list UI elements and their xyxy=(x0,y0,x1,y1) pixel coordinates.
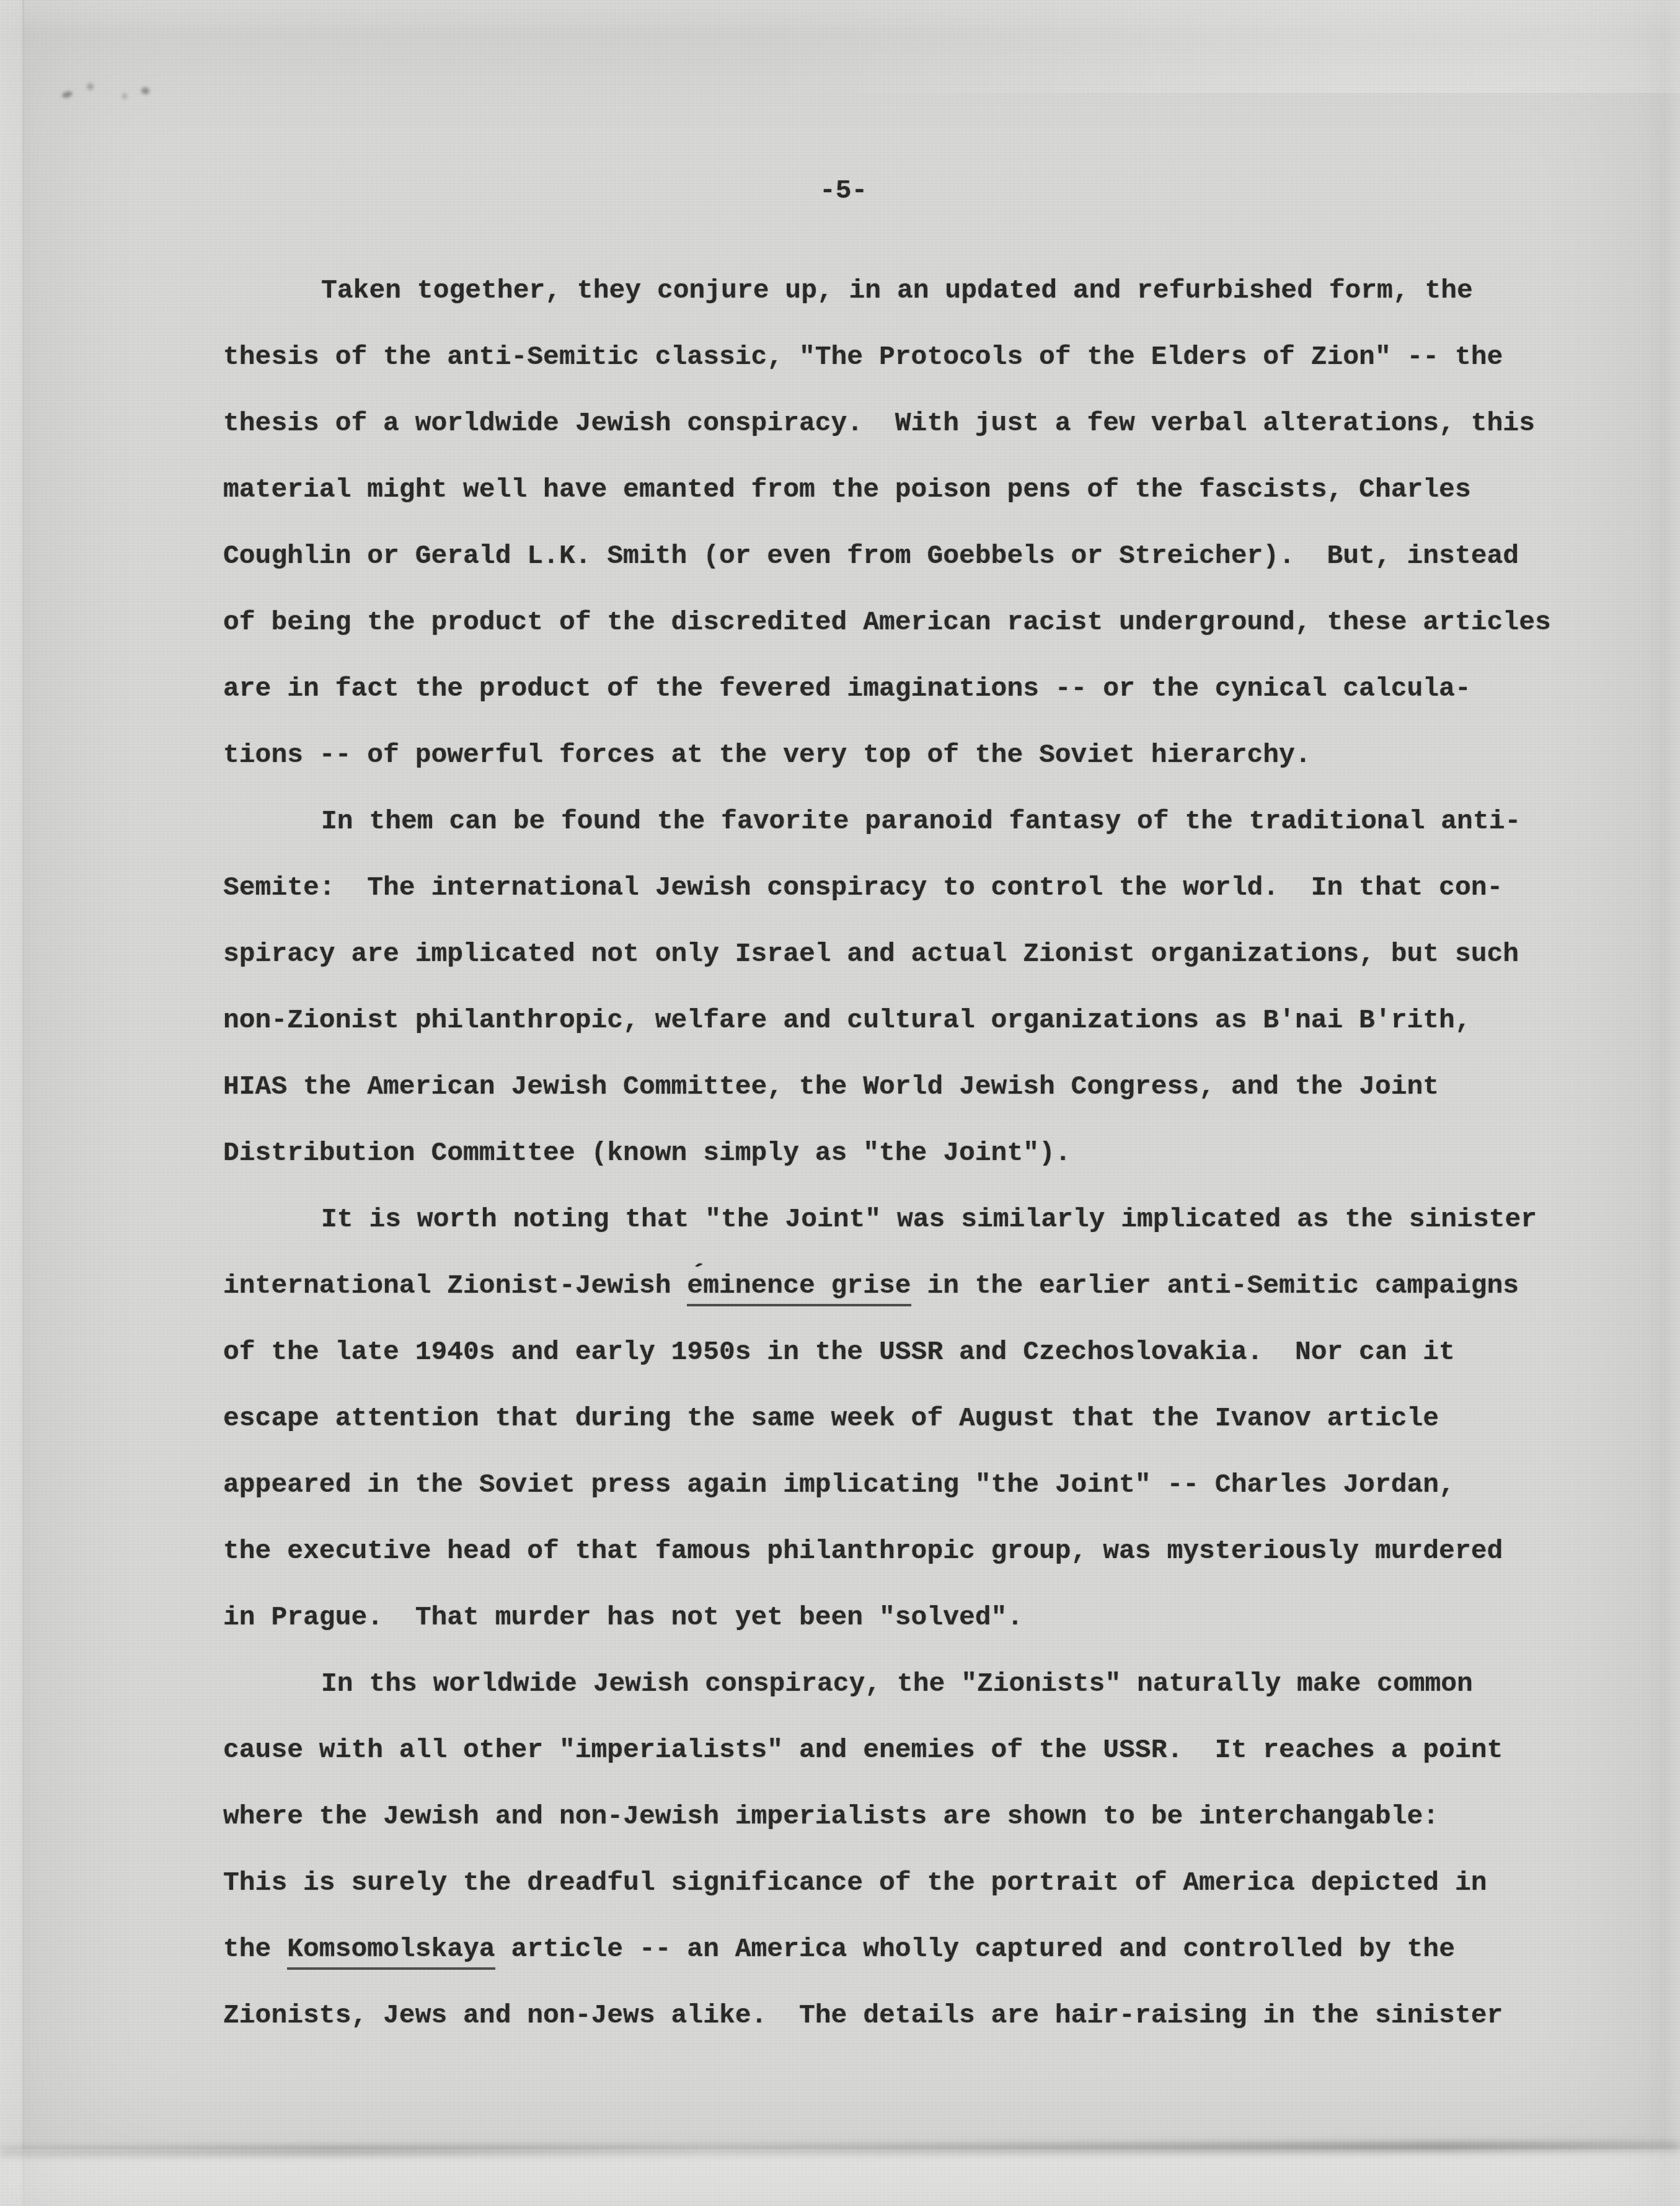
text-segment: article -- an America wholly captured an… xyxy=(495,1934,1455,1964)
text-segment: non-Zionist philanthropic, welfare and c… xyxy=(223,1005,1471,1035)
text-segment: HIAS the American Jewish Committee, the … xyxy=(223,1071,1439,1102)
text-body: Taken together, they conjure up, in an u… xyxy=(223,257,1575,2049)
text-line: the Komsomolskaya article -- an America … xyxy=(223,1916,1575,1982)
text-segment: Taken together, they conjure up, in an u… xyxy=(321,275,1473,306)
text-line: in Prague. That murder has not yet been … xyxy=(223,1584,1575,1650)
text-line: the executive head of that famous philan… xyxy=(223,1518,1575,1584)
text-line: international Zionist-Jewish ´eminence g… xyxy=(223,1252,1575,1319)
text-line: Coughlin or Gerald L.K. Smith (or even f… xyxy=(223,523,1575,589)
text-line: Semite: The international Jewish conspir… xyxy=(223,854,1575,921)
text-line: Zionists, Jews and non-Jews alike. The d… xyxy=(223,1982,1575,2049)
text-line: escape attention that during the same we… xyxy=(223,1385,1575,1451)
text-line: tions -- of powerful forces at the very … xyxy=(223,722,1575,788)
text-line: Distribution Committee (known simply as … xyxy=(223,1120,1575,1186)
text-segment: appeared in the Soviet press again impli… xyxy=(223,1469,1455,1500)
pencil-mark xyxy=(122,93,127,99)
text-segment: are in fact the product of the fevered i… xyxy=(223,673,1471,704)
text-line: This is surely the dreadful significance… xyxy=(223,1849,1575,1916)
text-line: material might well have emanted from th… xyxy=(223,456,1575,523)
text-segment: where the Jewish and non-Jewish imperial… xyxy=(223,1801,1439,1832)
text-line: thesis of the anti-Semitic classic, "The… xyxy=(223,324,1575,390)
text-line: where the Jewish and non-Jewish imperial… xyxy=(223,1783,1575,1849)
text-segment: material might well have emanted from th… xyxy=(223,474,1471,505)
pencil-mark xyxy=(141,87,150,95)
text-segment: cause with all other "imperialists" and … xyxy=(223,1735,1503,1765)
text-line: spiracy are implicated not only Israel a… xyxy=(223,921,1575,987)
text-segment: of the late 1940s and early 1950s in the… xyxy=(223,1337,1455,1367)
text-segment: thesis of a worldwide Jewish conspiracy.… xyxy=(223,408,1535,438)
text-segment: international Zionist-Jewish xyxy=(223,1270,687,1301)
text-line: HIAS the American Jewish Committee, the … xyxy=(223,1053,1575,1120)
paper-sheet: -5- Taken together, they conjure up, in … xyxy=(0,0,1680,2206)
text-line: of the late 1940s and early 1950s in the… xyxy=(223,1319,1575,1385)
text-segment: the executive head of that famous philan… xyxy=(223,1536,1503,1566)
text-segment: tions -- of powerful forces at the very … xyxy=(223,740,1311,770)
text-segment: Semite: The international Jewish conspir… xyxy=(223,872,1503,903)
text-line: Taken together, they conjure up, in an u… xyxy=(223,257,1575,324)
text-line: In ths worldwide Jewish conspiracy, the … xyxy=(223,1650,1575,1717)
text-segment: Distribution Committee (known simply as … xyxy=(223,1138,1071,1168)
text-segment: thesis of the anti-Semitic classic, "The… xyxy=(223,342,1503,372)
text-segment: In them can be found the favorite parano… xyxy=(321,806,1521,836)
text-segment: This is surely the dreadful significance… xyxy=(223,1867,1487,1898)
text-line: of being the product of the discredited … xyxy=(223,589,1575,655)
text-segment: Zionists, Jews and non-Jews alike. The d… xyxy=(223,2000,1503,2031)
text-segment: It is worth noting that "the Joint" was … xyxy=(321,1204,1537,1234)
pencil-mark xyxy=(87,83,94,90)
scan-top-highlight xyxy=(0,0,1680,93)
text-segment: escape attention that during the same we… xyxy=(223,1403,1439,1433)
text-segment: the xyxy=(223,1934,287,1964)
underlined-text: eminence grise xyxy=(687,1270,911,1306)
text-line: In them can be found the favorite parano… xyxy=(223,788,1575,854)
text-line: thesis of a worldwide Jewish conspiracy.… xyxy=(223,390,1575,456)
text-segment: in the earlier anti-Semitic campaigns xyxy=(911,1270,1519,1301)
text-line: non-Zionist philanthropic, welfare and c… xyxy=(223,987,1575,1053)
paper-bottom-edge xyxy=(0,2149,1680,2206)
text-segment: In ths worldwide Jewish conspiracy, the … xyxy=(321,1668,1473,1699)
text-line: It is worth noting that "the Joint" was … xyxy=(223,1186,1575,1252)
text-segment: in Prague. That murder has not yet been … xyxy=(223,1602,1023,1632)
text-segment: Coughlin or Gerald L.K. Smith (or even f… xyxy=(223,541,1519,571)
pencil-mark xyxy=(61,91,73,99)
text-line: cause with all other "imperialists" and … xyxy=(223,1717,1575,1783)
scanner-edge-left xyxy=(0,0,24,2206)
text-segment: of being the product of the discredited … xyxy=(223,607,1551,637)
scanner-edge-right xyxy=(1664,0,1680,2206)
text-line: appeared in the Soviet press again impli… xyxy=(223,1451,1575,1518)
page-number: -5- xyxy=(820,175,867,206)
underlined-text: Komsomolskaya xyxy=(287,1934,495,1970)
text-line: are in fact the product of the fevered i… xyxy=(223,655,1575,722)
text-segment: spiracy are implicated not only Israel a… xyxy=(223,939,1519,969)
